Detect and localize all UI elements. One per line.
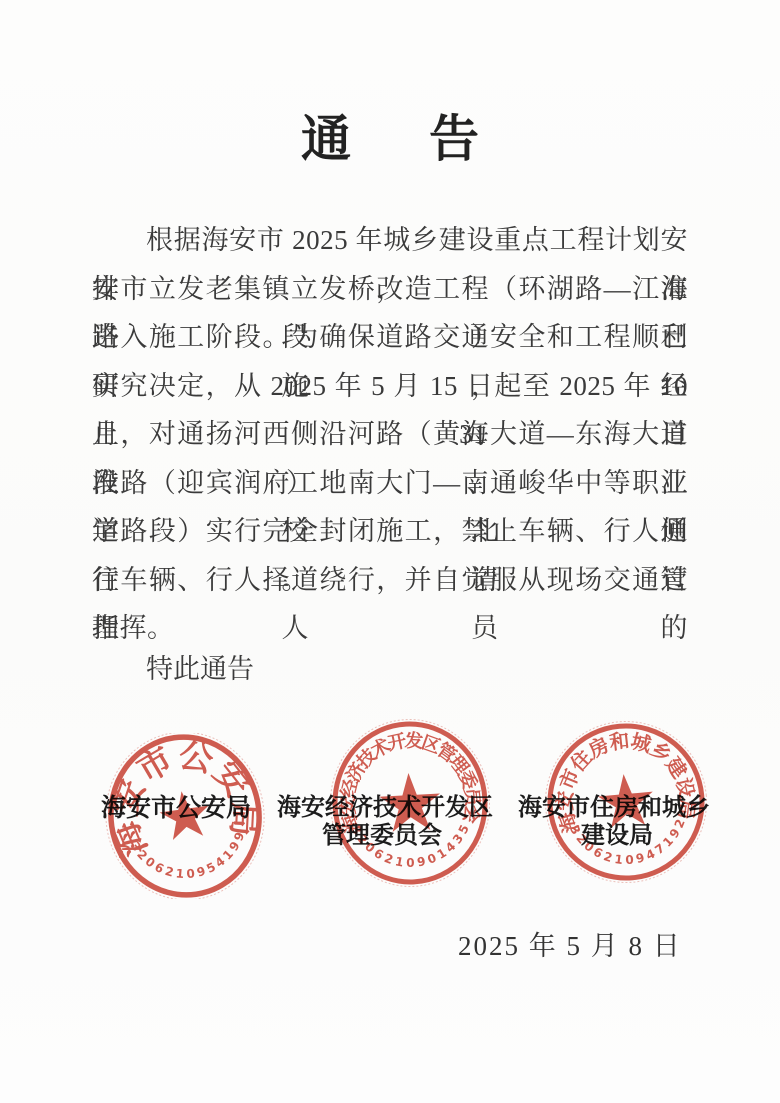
signatory-housing-bureau-line1: 海安市住房和城乡 bbox=[518, 795, 710, 822]
body-line: 往车辆、行人择道绕行，并自觉服从现场交通管理人员的 bbox=[92, 556, 688, 605]
closing-statement: 特此通告 bbox=[92, 652, 688, 686]
signatory-development-zone-line2: 管理委员会 bbox=[322, 823, 442, 850]
signatory-public-security: 海安市公安局 bbox=[101, 795, 251, 822]
body-line: 道路段）实行完全封闭施工，禁止车辆、行人通行。请过 bbox=[92, 507, 688, 556]
title-char-1: 通 bbox=[301, 99, 351, 171]
signatory-development-zone-line1: 海安经济技术开发区 bbox=[277, 795, 493, 822]
body-line: 根据海安市 2025 年城乡建设重点工程计划安排，海 bbox=[92, 216, 688, 265]
body-line: 研究决定，从 2025 年 5 月 15 日起至 2025 年 10 月 31 … bbox=[92, 362, 688, 411]
body-line: 淮路（迎宾润府工地南大门—南通峻华中等职业学校北侧 bbox=[92, 459, 688, 508]
title-char-2: 告 bbox=[429, 99, 479, 171]
issue-date: 2025 年 5 月 8 日 bbox=[458, 924, 682, 963]
signatory-housing-bureau-line2: 建设局 bbox=[581, 823, 653, 850]
body-line: 安市立发老集镇立发桥改造工程（环湖路—江淮路段）已 bbox=[92, 265, 688, 314]
body-line: 止，对通扬河西侧沿河路（黄海大道—东海大道段）、江 bbox=[92, 410, 688, 459]
body-line: 进入施工阶段。为确保道路交通安全和工程顺利实施，经 bbox=[92, 313, 688, 362]
notice-body: 根据海安市 2025 年城乡建设重点工程计划安排，海 安市立发老集镇立发桥改造工… bbox=[92, 216, 688, 653]
notice-document-page: 通 告 根据海安市 2025 年城乡建设重点工程计划安排，海 安市立发老集镇立发… bbox=[0, 0, 780, 1103]
notice-title: 通 告 bbox=[0, 100, 780, 170]
